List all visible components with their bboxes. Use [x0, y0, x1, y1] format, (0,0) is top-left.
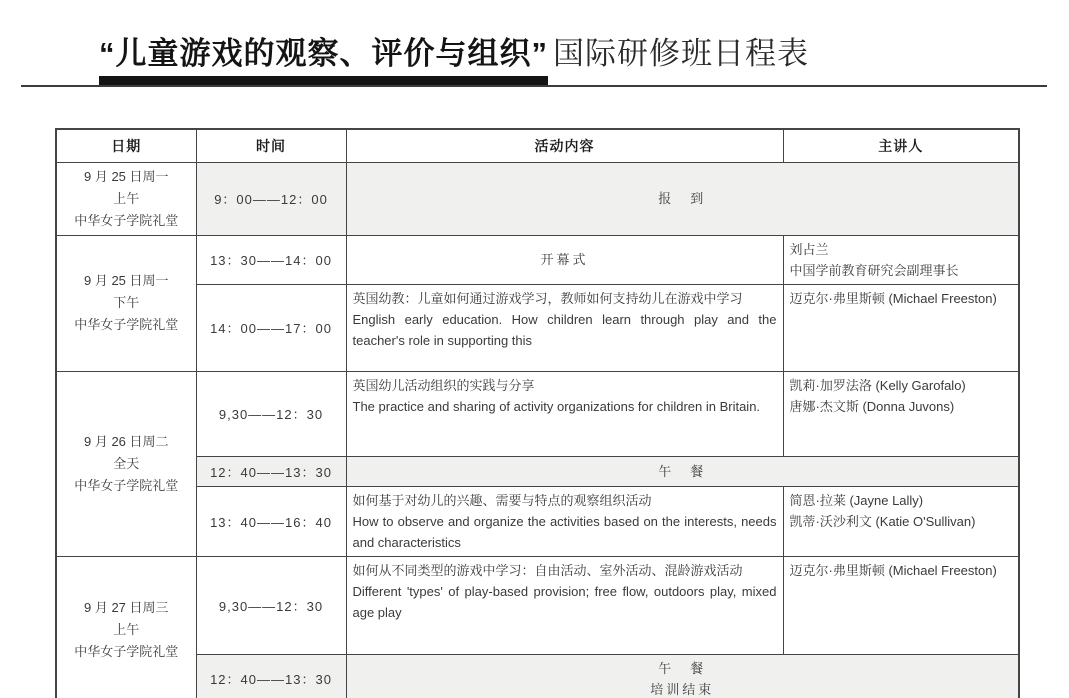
content-cell-lunch-end: 午 餐 培训结束	[346, 654, 1019, 698]
content-cell-registration: 报 到	[346, 162, 1019, 235]
table-row: 9 月 26 日周二 全天 中华女子学院礼堂 9,30——12：30 英国幼儿活…	[56, 371, 1019, 456]
speaker-cell-types-of-play: 迈克尔·弗里斯顿 (Michael Freeston)	[783, 556, 1019, 654]
date-cell-sep25-am: 9 月 25 日周一 上午 中华女子学院礼堂	[56, 162, 196, 235]
table-header-row: 日期 时间 活动内容 主讲人	[56, 129, 1019, 162]
content-cell-english-education: 英国幼教：儿童如何通过游戏学习，教师如何支持幼儿在游戏中学习 English e…	[346, 284, 783, 371]
time-cell-lunch-sep27: 12：40——13：30	[196, 654, 346, 698]
time-cell-english-education: 14：00——17：00	[196, 284, 346, 371]
time-cell-practice: 9,30——12：30	[196, 371, 346, 456]
page-title-suffix: 国际研修班日程表	[553, 36, 809, 71]
table-row: 12：40——13：30 午 餐	[56, 456, 1019, 486]
schedule-table: 日期 时间 活动内容 主讲人 9 月 25 日周一 上午 中华女子学院礼堂 9：…	[55, 128, 1020, 698]
date-cell-sep27: 9 月 27 日周三 上午 中华女子学院礼堂	[56, 556, 196, 698]
content-cell-practice: 英国幼儿活动组织的实践与分享 The practice and sharing …	[346, 371, 783, 456]
date-cell-sep25-pm: 9 月 25 日周一 下午 中华女子学院礼堂	[56, 235, 196, 371]
time-cell-opening: 13：30——14：00	[196, 235, 346, 284]
page-title: “儿童游戏的观察、评价与组织”国际研修班日程表	[99, 28, 809, 85]
table-row: 9 月 27 日周三 上午 中华女子学院礼堂 9,30——12：30 如何从不同…	[56, 556, 1019, 654]
header-content: 活动内容	[346, 129, 783, 162]
date-cell-sep26: 9 月 26 日周二 全天 中华女子学院礼堂	[56, 371, 196, 556]
table-row: 9 月 25 日周一 下午 中华女子学院礼堂 13：30——14：00 开幕式 …	[56, 235, 1019, 284]
speaker-cell-observe: 简恩·拉莱 (Jayne Lally) 凯蒂·沃沙利文 (Katie O'Sul…	[783, 486, 1019, 556]
header-date: 日期	[56, 129, 196, 162]
table-row: 12：40——13：30 午 餐 培训结束	[56, 654, 1019, 698]
speaker-cell-english-education: 迈克尔·弗里斯顿 (Michael Freeston)	[783, 284, 1019, 371]
header-time: 时间	[196, 129, 346, 162]
schedule-document-page: “儿童游戏的观察、评价与组织”国际研修班日程表 日期 时间 活动内容 主讲人 9…	[0, 0, 1069, 698]
time-cell-lunch-sep26: 12：40——13：30	[196, 456, 346, 486]
time-cell-registration: 9：00——12：00	[196, 162, 346, 235]
table-row: 13：40——16：40 如何基于对幼儿的兴趣、需要与特点的观察组织活动 How…	[56, 486, 1019, 556]
content-cell-lunch-sep26: 午 餐	[346, 456, 1019, 486]
speaker-cell-opening: 刘占兰 中国学前教育研究会副理事长	[783, 235, 1019, 284]
title-divider-rule	[21, 85, 1047, 87]
content-cell-types-of-play: 如何从不同类型的游戏中学习：自由活动、室外活动、混龄游戏活动 Different…	[346, 556, 783, 654]
table-row: 9 月 25 日周一 上午 中华女子学院礼堂 9：00——12：00 报 到	[56, 162, 1019, 235]
header-speaker: 主讲人	[783, 129, 1019, 162]
table-row: 14：00——17：00 英国幼教：儿童如何通过游戏学习，教师如何支持幼儿在游戏…	[56, 284, 1019, 371]
page-title-quoted: “儿童游戏的观察、评价与组织”	[99, 28, 548, 85]
content-cell-opening: 开幕式	[346, 235, 783, 284]
time-cell-types-of-play: 9,30——12：30	[196, 556, 346, 654]
speaker-cell-practice: 凯莉·加罗法洛 (Kelly Garofalo) 唐娜·杰文斯 (Donna J…	[783, 371, 1019, 456]
time-cell-observe: 13：40——16：40	[196, 486, 346, 556]
content-cell-observe: 如何基于对幼儿的兴趣、需要与特点的观察组织活动 How to observe a…	[346, 486, 783, 556]
